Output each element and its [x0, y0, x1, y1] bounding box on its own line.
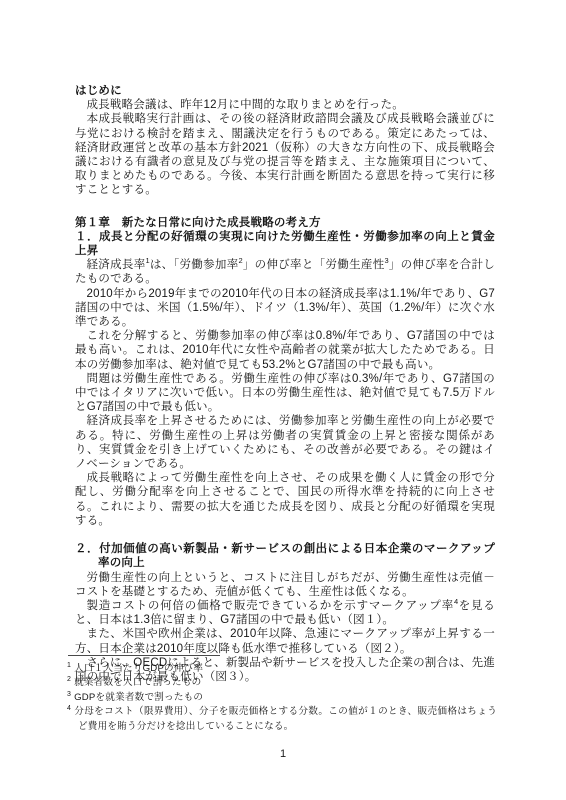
footnote-marker: 3: [67, 691, 71, 698]
section2-paragraph: また、米国や欧州企業は、2010年以降、急速にマークアップ率が上昇する一方、日本…: [75, 627, 495, 655]
body-text: 製造コストの何倍の価格で販売できているかを示すマークアップ率: [87, 600, 454, 612]
footnote-marker: 2: [67, 676, 71, 683]
footnote-area: 1人口１人当たりGDPの伸び率 2就業者数を人口で割ったもの 3GDPを就業者数…: [67, 655, 497, 734]
section1-paragraph: これを分解すると、労働参加率の伸び率は0.8%/年であり、G7諸国の中では最も高…: [75, 329, 495, 372]
section1-heading: １．成長と分配の好循環の実現に向けた労働生産性・労働参加率の向上と賃金上昇: [75, 230, 495, 258]
footnote-separator: [68, 655, 220, 656]
vertical-spacer: [75, 528, 495, 542]
footnote-4: 4分母をコスト（限界費用）、分子を販売価格とする分数。この値が１のとき、販売価格…: [67, 705, 497, 734]
footnote-2: 2就業者数を人口で割ったもの: [67, 676, 497, 690]
footnote-1: 1人口１人当たりGDPの伸び率: [67, 662, 497, 676]
section1-paragraph: 2010年から2019年までの2010年代の日本の経済成長率は1.1%/年であり…: [75, 287, 495, 330]
section1-paragraph: 経済成長率1は、「労働参加率2」の伸び率と「労働生産性3」の伸び率を合計したもの…: [75, 258, 495, 286]
chapter1-heading: 第１章 新たな日常に向けた成長戦略の考え方: [75, 216, 495, 230]
document-body: はじめに 成長戦略会議は、昨年12月に中間的な取りまとめを行った。 本成長戦略実…: [75, 84, 495, 684]
document-page: はじめに 成長戦略会議は、昨年12月に中間的な取りまとめを行った。 本成長戦略実…: [0, 0, 566, 800]
body-text: は、「労働参加率: [150, 259, 239, 271]
footnote-text: GDPを就業者数で割ったもの: [74, 692, 203, 703]
section2-heading: ２．付加価値の高い新製品・新サービスの創出による日本企業のマークアップ率の向上: [75, 542, 495, 570]
footnote-text: 人口１人当たりGDPの伸び率: [74, 663, 203, 674]
section2-paragraph: 労働生産性の向上というと、コストに注目しがちだが、労働生産性は売値－コストを基礎…: [75, 571, 495, 599]
body-text: 」の伸び率と「労働生産性: [243, 259, 385, 271]
footnote-text: 分母をコスト（限界費用）、分子を販売価格とする分数。この値が１のとき、販売価格は…: [74, 706, 497, 731]
intro-paragraph: 成長戦略会議は、昨年12月に中間的な取りまとめを行った。: [75, 98, 495, 112]
section1-paragraph: 成長戦略によって労働生産性を向上させ、その成果を働く人に賃金の形で分配し、労働分…: [75, 471, 495, 528]
intro-heading: はじめに: [75, 84, 495, 98]
footnote-marker: 4: [67, 705, 71, 712]
body-text: 経済成長率: [87, 259, 146, 271]
section2-paragraph: 製造コストの何倍の価格で販売できているかを示すマークアップ率4を見ると、日本は1…: [75, 599, 495, 627]
footnote-marker: 1: [67, 662, 71, 669]
intro-paragraph: 本成長戦略実行計画は、その後の経済財政諮問会議及び成長戦略会議並びに与党における…: [75, 112, 495, 197]
page-number: 1: [0, 748, 566, 760]
section1-paragraph: 経済成長率を上昇させるためには、労働参加率と労働生産性の向上が必要である。特に、…: [75, 414, 495, 471]
section1-paragraph: 問題は労働生産性である。労働生産性の伸び率は0.3%/年であり、G7諸国の中では…: [75, 372, 495, 415]
footnote-text: 就業者数を人口で割ったもの: [74, 677, 201, 688]
footnote-3: 3GDPを就業者数で割ったもの: [67, 691, 497, 705]
vertical-spacer: [75, 198, 495, 216]
